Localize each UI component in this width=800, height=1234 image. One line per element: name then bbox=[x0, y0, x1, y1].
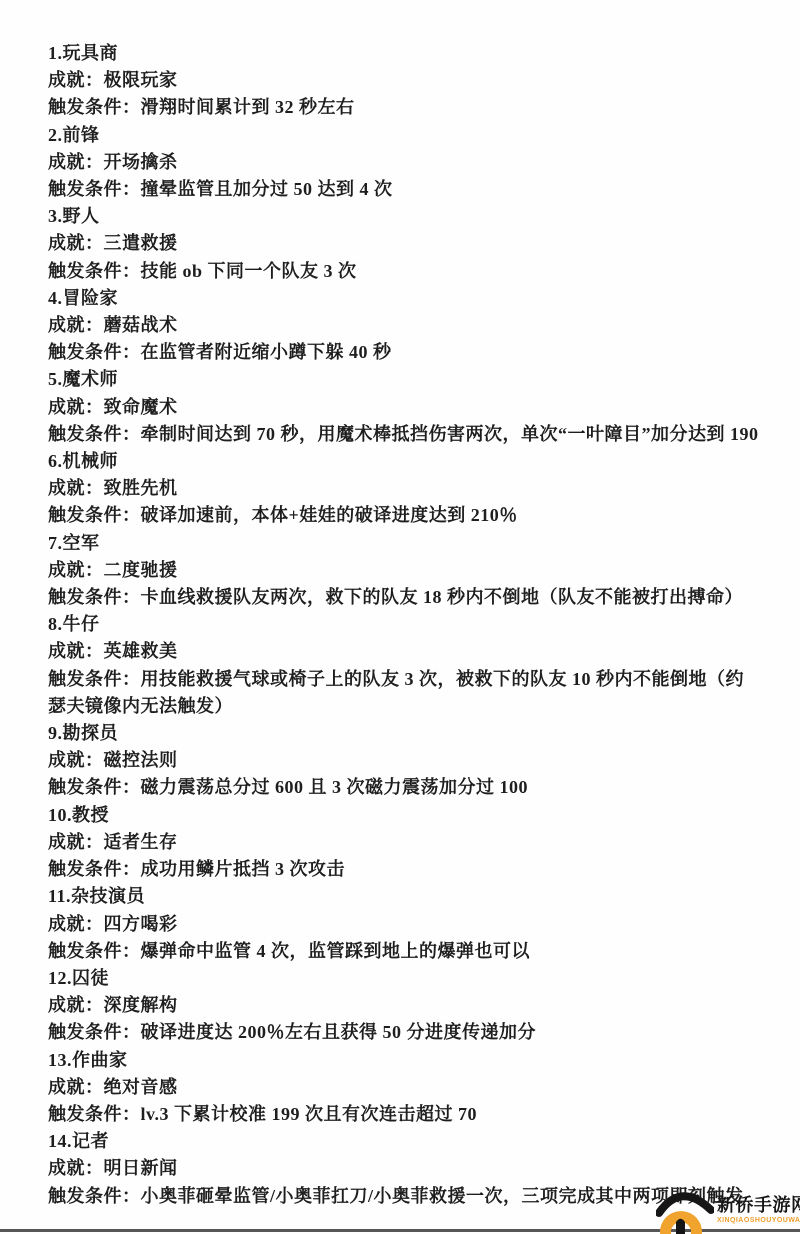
trigger-label: 触发条件： bbox=[48, 587, 141, 607]
achievement-name: 深度解构 bbox=[104, 995, 178, 1015]
entry-achievement-line: 成就：致命魔术 bbox=[48, 394, 762, 421]
achievement-label: 成就： bbox=[48, 315, 104, 335]
trigger-label: 触发条件： bbox=[48, 97, 141, 117]
trigger-text: 破译加速前，本体+娃娃的破译进度达到 210％ bbox=[141, 505, 518, 525]
trigger-text: 滑翔时间累计到 32 秒左右 bbox=[141, 97, 355, 117]
site-name-latin: XINQIAOSHOUYOUWANG bbox=[717, 1216, 800, 1225]
achievement-label: 成就： bbox=[48, 914, 104, 934]
entry-achievement-line: 成就：英雄救美 bbox=[48, 638, 762, 665]
trigger-label: 触发条件： bbox=[48, 424, 141, 444]
achievement-entry: 2.前锋 成就：开场擒杀 触发条件：撞晕监管且加分过 50 达到 4 次 bbox=[48, 122, 762, 204]
entry-trigger-line: 触发条件：用技能救援气球或椅子上的队友 3 次，被救下的队友 10 秒内不能倒地… bbox=[48, 666, 762, 720]
trigger-label: 触发条件： bbox=[48, 941, 141, 961]
achievement-label: 成就： bbox=[48, 1077, 104, 1097]
achievement-list: 1.玩具商 成就：极限玩家 触发条件：滑翔时间累计到 32 秒左右 2.前锋 成… bbox=[48, 40, 762, 1210]
achievement-label: 成就： bbox=[48, 832, 104, 852]
entry-trigger-line: 触发条件：成功用鳞片抵挡 3 次攻击 bbox=[48, 856, 762, 883]
achievement-entry: 9.勘探员 成就：磁控法则 触发条件：磁力震荡总分过 600 且 3 次磁力震荡… bbox=[48, 720, 762, 802]
entry-title: 4.冒险家 bbox=[48, 285, 762, 312]
entry-trigger-line: 触发条件：磁力震荡总分过 600 且 3 次磁力震荡加分过 100 bbox=[48, 774, 762, 801]
trigger-text: 撞晕监管且加分过 50 达到 4 次 bbox=[141, 179, 393, 199]
entry-title: 5.魔术师 bbox=[48, 366, 762, 393]
entry-achievement-line: 成就：四方喝彩 bbox=[48, 911, 762, 938]
entry-title: 13.作曲家 bbox=[48, 1047, 762, 1074]
trigger-label: 触发条件： bbox=[48, 342, 141, 362]
entry-achievement-line: 成就：适者生存 bbox=[48, 829, 762, 856]
trigger-label: 触发条件： bbox=[48, 261, 141, 281]
entry-title: 6.机械师 bbox=[48, 448, 762, 475]
trigger-text: 在监管者附近缩小蹲下躲 40 秒 bbox=[141, 342, 392, 362]
entry-title: 10.教授 bbox=[48, 802, 762, 829]
trigger-label: 触发条件： bbox=[48, 1104, 141, 1124]
house-icon bbox=[656, 1192, 714, 1234]
achievement-entry: 3.野人 成就：三遣救援 触发条件：技能 ob 下同一个队友 3 次 bbox=[48, 203, 762, 285]
achievement-entry: 12.囚徒 成就：深度解构 触发条件：破译进度达 200％左右且获得 50 分进… bbox=[48, 965, 762, 1047]
entry-title: 1.玩具商 bbox=[48, 40, 762, 67]
trigger-text: 小奥菲砸晕监管/小奥菲扛刀/小奥菲救援一次，三项完成其中两项即刻触发 bbox=[141, 1186, 744, 1206]
achievement-name: 极限玩家 bbox=[104, 70, 178, 90]
trigger-text: 用技能救援气球或椅子上的队友 3 次，被救下的队友 10 秒内不能倒地（约瑟夫镜… bbox=[48, 669, 744, 716]
entry-achievement-line: 成就：致胜先机 bbox=[48, 475, 762, 502]
trigger-text: 磁力震荡总分过 600 且 3 次磁力震荡加分过 100 bbox=[141, 777, 529, 797]
entry-achievement-line: 成就：二度驰援 bbox=[48, 557, 762, 584]
achievement-label: 成就： bbox=[48, 478, 104, 498]
achievement-label: 成就： bbox=[48, 641, 104, 661]
entry-title: 11.杂技演员 bbox=[48, 883, 762, 910]
achievement-name: 致胜先机 bbox=[104, 478, 178, 498]
entry-trigger-line: 触发条件：撞晕监管且加分过 50 达到 4 次 bbox=[48, 176, 762, 203]
entry-achievement-line: 成就：磁控法则 bbox=[48, 747, 762, 774]
watermark-text: 新侨手游网 XINQIAOSHOUYOUWANG bbox=[717, 1192, 800, 1225]
trigger-text: 破译进度达 200％左右且获得 50 分进度传递加分 bbox=[141, 1022, 537, 1042]
achievement-name: 磁控法则 bbox=[104, 750, 178, 770]
achievement-label: 成就： bbox=[48, 560, 104, 580]
achievement-label: 成就： bbox=[48, 750, 104, 770]
achievement-entry: 5.魔术师 成就：致命魔术 触发条件：牵制时间达到 70 秒，用魔术棒抵挡伤害两… bbox=[48, 366, 762, 448]
trigger-text: 牵制时间达到 70 秒，用魔术棒抵挡伤害两次，单次“一叶障目”加分达到 190 bbox=[141, 424, 759, 444]
achievement-label: 成就： bbox=[48, 70, 104, 90]
achievement-label: 成就： bbox=[48, 1158, 104, 1178]
entry-title: 9.勘探员 bbox=[48, 720, 762, 747]
entry-trigger-line: 触发条件：牵制时间达到 70 秒，用魔术棒抵挡伤害两次，单次“一叶障目”加分达到… bbox=[48, 421, 762, 448]
entry-trigger-line: 触发条件：在监管者附近缩小蹲下躲 40 秒 bbox=[48, 339, 762, 366]
entry-trigger-line: 触发条件：卡血线救援队友两次，救下的队友 18 秒内不倒地（队友不能被打出搏命） bbox=[48, 584, 762, 611]
entry-trigger-line: 触发条件：破译进度达 200％左右且获得 50 分进度传递加分 bbox=[48, 1019, 762, 1046]
achievement-entry: 13.作曲家 成就：绝对音感 触发条件：lv.3 下累计校准 199 次且有次连… bbox=[48, 1047, 762, 1129]
entry-trigger-line: 触发条件：小奥菲砸晕监管/小奥菲扛刀/小奥菲救援一次，三项完成其中两项即刻触发 bbox=[48, 1183, 762, 1210]
achievement-label: 成就： bbox=[48, 995, 104, 1015]
entry-trigger-line: 触发条件：lv.3 下累计校准 199 次且有次连击超过 70 bbox=[48, 1101, 762, 1128]
entry-achievement-line: 成就：明日新闻 bbox=[48, 1155, 762, 1182]
trigger-label: 触发条件： bbox=[48, 505, 141, 525]
achievement-entry: 8.牛仔 成就：英雄救美 触发条件：用技能救援气球或椅子上的队友 3 次，被救下… bbox=[48, 611, 762, 720]
achievement-name: 适者生存 bbox=[104, 832, 178, 852]
achievement-entry: 4.冒险家 成就：蘑菇战术 触发条件：在监管者附近缩小蹲下躲 40 秒 bbox=[48, 285, 762, 367]
entry-achievement-line: 成就：三遣救援 bbox=[48, 230, 762, 257]
entry-title: 2.前锋 bbox=[48, 122, 762, 149]
achievement-name: 四方喝彩 bbox=[104, 914, 178, 934]
trigger-text: 卡血线救援队友两次，救下的队友 18 秒内不倒地（队友不能被打出搏命） bbox=[141, 587, 744, 607]
trigger-text: 爆弹命中监管 4 次，监管踩到地上的爆弹也可以 bbox=[141, 941, 531, 961]
trigger-text: lv.3 下累计校准 199 次且有次连击超过 70 bbox=[141, 1104, 478, 1124]
achievement-name: 绝对音感 bbox=[104, 1077, 178, 1097]
entry-achievement-line: 成就：开场擒杀 bbox=[48, 149, 762, 176]
trigger-label: 触发条件： bbox=[48, 777, 141, 797]
entry-title: 3.野人 bbox=[48, 203, 762, 230]
achievement-label: 成就： bbox=[48, 397, 104, 417]
achievement-name: 开场擒杀 bbox=[104, 152, 178, 172]
achievement-label: 成就： bbox=[48, 152, 104, 172]
achievement-label: 成就： bbox=[48, 233, 104, 253]
entry-trigger-line: 触发条件：爆弹命中监管 4 次，监管踩到地上的爆弹也可以 bbox=[48, 938, 762, 965]
trigger-text: 技能 ob 下同一个队友 3 次 bbox=[141, 261, 357, 281]
entry-trigger-line: 触发条件：技能 ob 下同一个队友 3 次 bbox=[48, 258, 762, 285]
achievement-name: 二度驰援 bbox=[104, 560, 178, 580]
trigger-label: 触发条件： bbox=[48, 669, 141, 689]
achievement-entry: 11.杂技演员 成就：四方喝彩 触发条件：爆弹命中监管 4 次，监管踩到地上的爆… bbox=[48, 883, 762, 965]
achievement-entry: 10.教授 成就：适者生存 触发条件：成功用鳞片抵挡 3 次攻击 bbox=[48, 802, 762, 884]
achievement-entry: 14.记者 成就：明日新闻 触发条件：小奥菲砸晕监管/小奥菲扛刀/小奥菲救援一次… bbox=[48, 1128, 762, 1210]
entry-title: 7.空军 bbox=[48, 530, 762, 557]
achievement-name: 致命魔术 bbox=[104, 397, 178, 417]
entry-trigger-line: 触发条件：滑翔时间累计到 32 秒左右 bbox=[48, 94, 762, 121]
achievement-entry: 6.机械师 成就：致胜先机 触发条件：破译加速前，本体+娃娃的破译进度达到 21… bbox=[48, 448, 762, 530]
entry-trigger-line: 触发条件：破译加速前，本体+娃娃的破译进度达到 210％ bbox=[48, 502, 762, 529]
achievement-name: 明日新闻 bbox=[104, 1158, 178, 1178]
entry-title: 12.囚徒 bbox=[48, 965, 762, 992]
achievement-name: 英雄救美 bbox=[104, 641, 178, 661]
entry-achievement-line: 成就：蘑菇战术 bbox=[48, 312, 762, 339]
entry-achievement-line: 成就：深度解构 bbox=[48, 992, 762, 1019]
achievement-entry: 7.空军 成就：二度驰援 触发条件：卡血线救援队友两次，救下的队友 18 秒内不… bbox=[48, 530, 762, 612]
achievement-document: 1.玩具商 成就：极限玩家 触发条件：滑翔时间累计到 32 秒左右 2.前锋 成… bbox=[0, 0, 800, 1234]
entry-achievement-line: 成就：绝对音感 bbox=[48, 1074, 762, 1101]
achievement-entry: 1.玩具商 成就：极限玩家 触发条件：滑翔时间累计到 32 秒左右 bbox=[48, 40, 762, 122]
entry-achievement-line: 成就：极限玩家 bbox=[48, 67, 762, 94]
site-name: 新侨手游网 bbox=[717, 1194, 800, 1216]
achievement-name: 三遣救援 bbox=[104, 233, 178, 253]
entry-title: 14.记者 bbox=[48, 1128, 762, 1155]
trigger-label: 触发条件： bbox=[48, 1186, 141, 1206]
site-watermark: 新侨手游网 XINQIAOSHOUYOUWANG bbox=[656, 1192, 800, 1234]
entry-title: 8.牛仔 bbox=[48, 611, 762, 638]
trigger-text: 成功用鳞片抵挡 3 次攻击 bbox=[141, 859, 346, 879]
trigger-label: 触发条件： bbox=[48, 1022, 141, 1042]
trigger-label: 触发条件： bbox=[48, 859, 141, 879]
trigger-label: 触发条件： bbox=[48, 179, 141, 199]
achievement-name: 蘑菇战术 bbox=[104, 315, 178, 335]
